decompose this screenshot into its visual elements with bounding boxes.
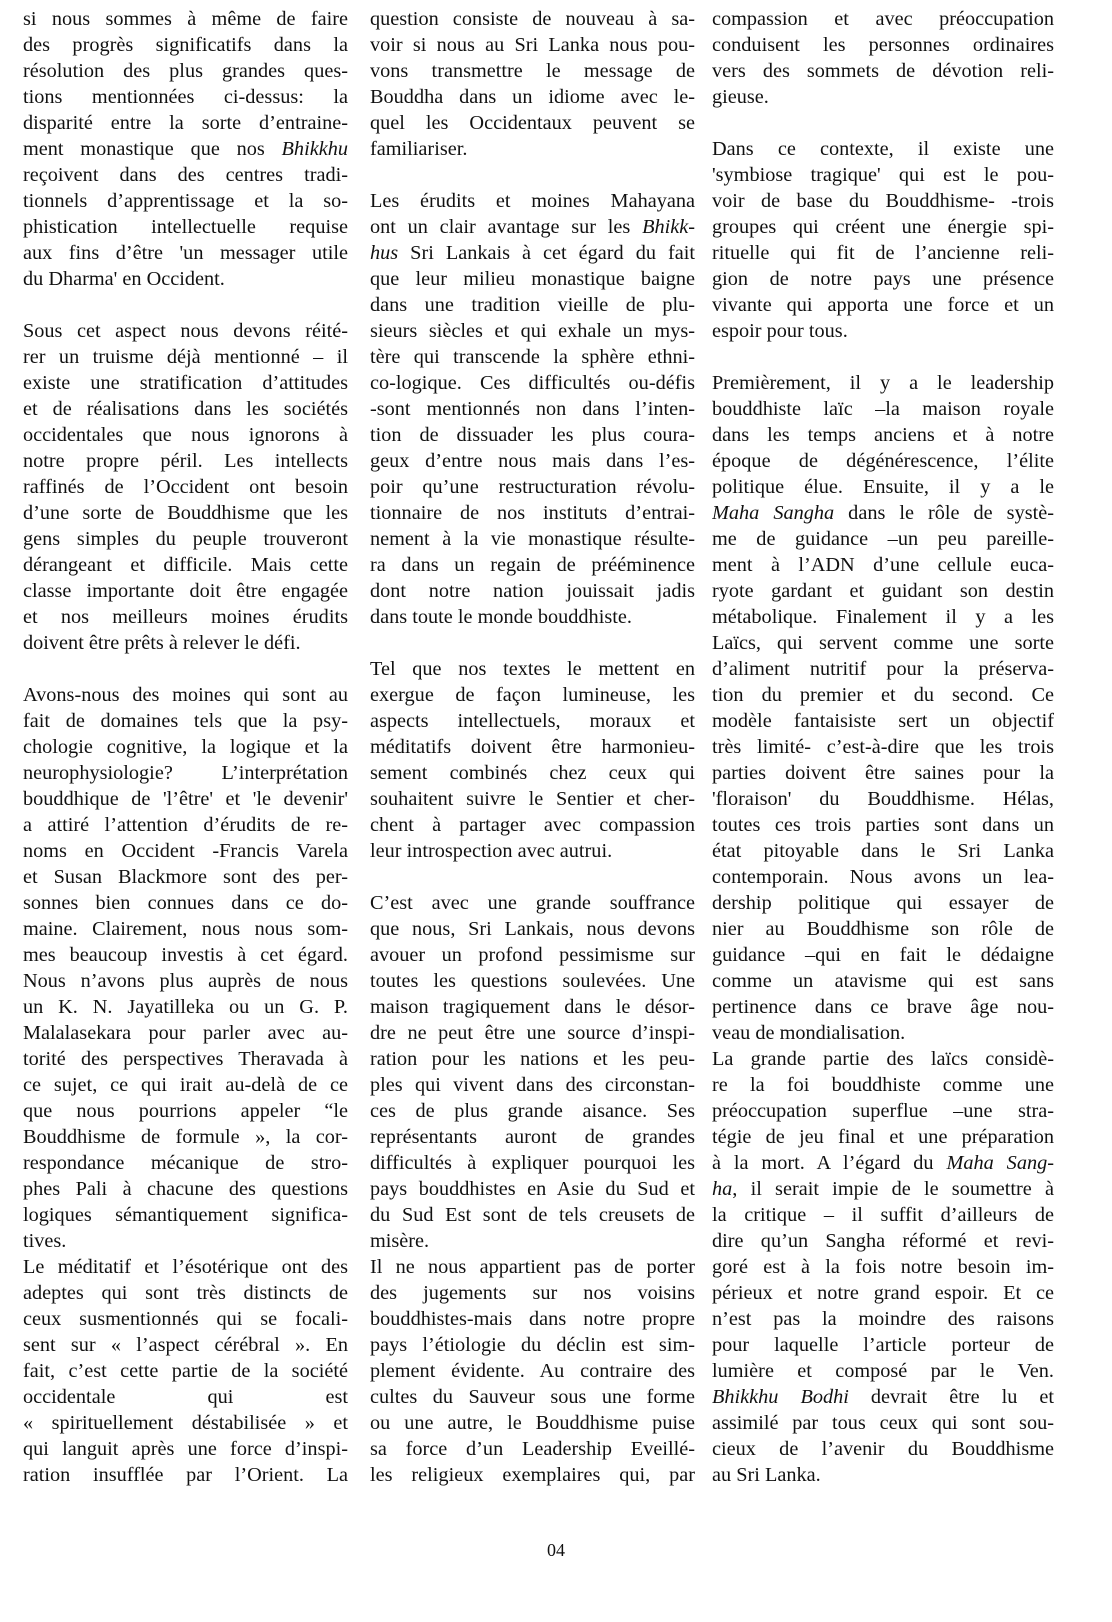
text-run: question consiste de nouveau à sa-: [370, 8, 695, 30]
text-run: aux fins d’être 'un messager utile: [23, 242, 348, 264]
text-run: voir si nous au Sri Lanka nous pou-: [370, 34, 695, 56]
text-run: neurophysiologie? L’interprétation: [23, 762, 348, 784]
text-line: toutes ces trois parties sont dans un: [712, 812, 1054, 838]
text-line: question consiste de nouveau à sa-: [370, 6, 695, 32]
text-line: du Sud Est sont de tels creusets de: [370, 1202, 695, 1228]
text-line: gieuse.: [712, 84, 1054, 110]
text-line: reçoivent dans des centres tradi-: [23, 162, 348, 188]
text-line: sent sur « l’aspect cérébral ». En: [23, 1332, 348, 1358]
text-line: au Sri Lanka.: [712, 1462, 1054, 1488]
text-line: assimilé par tous ceux qui sont sou-: [712, 1410, 1054, 1436]
text-run: ceux susmentionnés qui se focali-: [23, 1308, 348, 1330]
text-line: d’une sorte de Bouddhisme que les: [23, 500, 348, 526]
text-run: dans toute le monde bouddhiste.: [370, 606, 632, 628]
text-line: compassion et avec préoccupation: [712, 6, 1054, 32]
text-line: tionnels d’apprentissage et la so-: [23, 188, 348, 214]
text-line: Malalasekara pour parler avec au-: [23, 1020, 348, 1046]
text-run: noms en Occident -Francis Varela: [23, 840, 348, 862]
text-run: un K. N. Jayatilleka ou un G. P.: [23, 996, 348, 1018]
text-run: 'floraison' du Bouddhisme. Hélas,: [712, 788, 1054, 810]
text-run: du Dharma' en Occident.: [23, 268, 225, 290]
text-line: ont un clair avantage sur les Bhikk-: [370, 214, 695, 240]
text-line: et de réalisations dans les sociétés: [23, 396, 348, 422]
text-run: tionnaire de nos instituts d’entrai-: [370, 502, 695, 524]
text-line: résolution des plus grandes ques-: [23, 58, 348, 84]
text-line: difficultés à expliquer pourquoi les: [370, 1150, 695, 1176]
text-run: périeux et notre grand espoir. Et ce: [712, 1282, 1054, 1304]
text-run: ment à l’ADN d’une cellule euca-: [712, 554, 1054, 576]
paragraph-gap: [370, 630, 695, 656]
page-number: 04: [0, 1540, 1112, 1561]
text-run: quel les Occidentaux peuvent se: [370, 112, 695, 134]
text-run: dérangeant et difficile. Mais cette: [23, 554, 348, 576]
text-run: gion de notre pays une présence: [712, 268, 1054, 290]
text-line: ration insufflée par l’Orient. La: [23, 1462, 348, 1488]
text-line: misère.: [370, 1228, 695, 1254]
text-line: neurophysiologie? L’interprétation: [23, 760, 348, 786]
text-line: vons transmettre le message de: [370, 58, 695, 84]
text-run: Le méditatif et l’ésotérique ont des: [23, 1256, 348, 1278]
text-line: cultes du Sauveur sous une forme: [370, 1384, 695, 1410]
text-line: mes beaucoup investis à cet égard.: [23, 942, 348, 968]
text-column-1: si nous sommes à même de fairedes progrè…: [23, 6, 348, 1488]
text-line: poir qu’une restructuration révolu-: [370, 474, 695, 500]
text-run: espoir pour tous.: [712, 320, 848, 342]
text-run: misère.: [370, 1230, 429, 1252]
text-run: fait, c’est cette partie de la société: [23, 1360, 348, 1382]
text-line: co-logique. Ces difficultés ou-défis: [370, 370, 695, 396]
text-run: souhaitent suivre le Sentier et cher-: [370, 788, 695, 810]
text-line: hus Sri Lankais à cet égard du fait: [370, 240, 695, 266]
text-run: tions mentionnées ci-dessus: la: [23, 86, 348, 108]
text-line: 'symbiose tragique' qui est le pou-: [712, 162, 1054, 188]
text-line: dre ne peut être une source d’inspi-: [370, 1020, 695, 1046]
text-line: raffinés de l’Occident ont besoin: [23, 474, 348, 500]
text-line: tion de dissuader les plus coura-: [370, 422, 695, 448]
text-run: la critique – il suffit d’ailleurs de: [712, 1204, 1054, 1226]
text-run: conduisent les personnes ordinaires: [712, 34, 1054, 56]
text-run: Avons-nous des moines qui sont au: [23, 684, 348, 706]
text-line: cieux de l’avenir du Bouddhisme: [712, 1436, 1054, 1462]
text-line: goré est à la fois notre besoin im-: [712, 1254, 1054, 1280]
text-line: veau de mondialisation.: [712, 1020, 1054, 1046]
text-column-2: question consiste de nouveau à sa-voir s…: [370, 6, 695, 1488]
text-run: tionnels d’apprentissage et la so-: [23, 190, 348, 212]
text-run: nement à la vie monastique résulte-: [370, 528, 695, 550]
paragraph-gap: [712, 110, 1054, 136]
text-line: dans une tradition vieille de plu-: [370, 292, 695, 318]
text-line: classe importante doit être engagée: [23, 578, 348, 604]
text-line: doivent être prêts à relever le défi.: [23, 630, 348, 656]
text-line: chent à partager avec compassion: [370, 812, 695, 838]
text-run: familiariser.: [370, 138, 467, 160]
text-line: métabolique. Finalement il y a les: [712, 604, 1054, 630]
text-line: dérangeant et difficile. Mais cette: [23, 552, 348, 578]
text-line: les religieux exemplaires qui, par: [370, 1462, 695, 1488]
text-line: voir si nous au Sri Lanka nous pou-: [370, 32, 695, 58]
text-run: les religieux exemplaires qui, par: [370, 1464, 695, 1486]
text-line: Maha Sangha dans le rôle de systè-: [712, 500, 1054, 526]
text-run: « spirituellement déstabilisée » et: [23, 1412, 348, 1434]
text-run: tion de dissuader les plus coura-: [370, 424, 695, 446]
text-line: Les érudits et moines Mahayana: [370, 188, 695, 214]
text-line: n’est pas la moindre des raisons: [712, 1306, 1054, 1332]
text-run: dont notre nation jouissait jadis: [370, 580, 695, 602]
text-run: tion du premier et du second. Ce: [712, 684, 1054, 706]
text-run: -sont mentionnés non dans l’inten-: [370, 398, 695, 420]
text-line: tionnaire de nos instituts d’entrai-: [370, 500, 695, 526]
text-run: leur introspection avec autrui.: [370, 840, 612, 862]
text-run: voir de base du Bouddhisme- -trois: [712, 190, 1054, 212]
text-line: état pitoyable dans le Sri Lanka: [712, 838, 1054, 864]
text-run: politique élue. Ensuite, il y a le: [712, 476, 1054, 498]
text-run: pays bouddhistes en Asie du Sud et: [370, 1178, 695, 1200]
text-run: difficultés à expliquer pourquoi les: [370, 1152, 695, 1174]
text-line: sa force d’un Leadership Eveillé-: [370, 1436, 695, 1462]
text-run: dans une tradition vieille de plu-: [370, 294, 695, 316]
text-line: rer un truisme déjà mentionné – il: [23, 344, 348, 370]
text-run: mes beaucoup investis à cet égard.: [23, 944, 348, 966]
text-line: dans les temps anciens et à notre: [712, 422, 1054, 448]
text-line: pays bouddhistes en Asie du Sud et: [370, 1176, 695, 1202]
text-line: très limité- c’est-à-dire que les trois: [712, 734, 1054, 760]
text-run: tives.: [23, 1230, 66, 1252]
text-run: si nous sommes à même de faire: [23, 8, 348, 30]
text-line: pour laquelle l’article porteur de: [712, 1332, 1054, 1358]
text-line: du Dharma' en Occident.: [23, 266, 348, 292]
text-run: logiques sémantiquement significa-: [23, 1204, 348, 1226]
text-line: a attiré l’attention d’érudits de re-: [23, 812, 348, 838]
paragraph-gap: [712, 344, 1054, 370]
text-line: ryote gardant et guidant son destin: [712, 578, 1054, 604]
text-line: ra dans un regain de prééminence: [370, 552, 695, 578]
text-line: Il ne nous appartient pas de porter: [370, 1254, 695, 1280]
text-run: reçoivent dans des centres tradi-: [23, 164, 348, 186]
text-run: maison tragiquement dans le désor-: [370, 996, 695, 1018]
text-run: guidance –qui en fait le dédaigne: [712, 944, 1054, 966]
text-run: pour laquelle l’article porteur de: [712, 1334, 1054, 1356]
text-line: exergue de façon lumineuse, les: [370, 682, 695, 708]
text-run: bouddhiste laïc –la maison royale: [712, 398, 1054, 420]
text-run: très limité- c’est-à-dire que les trois: [712, 736, 1054, 758]
text-line: fait, c’est cette partie de la société: [23, 1358, 348, 1384]
text-line: des progrès significatifs dans la: [23, 32, 348, 58]
text-line: que leur milieu monastique baigne: [370, 266, 695, 292]
text-line: Bhikkhu Bodhi devrait être lu et: [712, 1384, 1054, 1410]
text-line: ment monastique que nos Bhikkhu: [23, 136, 348, 162]
text-run: n’est pas la moindre des raisons: [712, 1308, 1054, 1330]
text-line: nier au Bouddhisme son rôle de: [712, 916, 1054, 942]
text-line: Avons-nous des moines qui sont au: [23, 682, 348, 708]
text-line: vivante qui apporta une force et un: [712, 292, 1054, 318]
text-run: parties doivent être saines pour la: [712, 762, 1054, 784]
text-run: sent sur « l’aspect cérébral ». En: [23, 1334, 348, 1356]
text-line: avouer un profond pessimisme sur: [370, 942, 695, 968]
text-run: dans le rôle de systè-: [834, 502, 1054, 524]
text-line: ce sujet, ce qui irait au-delà de ce: [23, 1072, 348, 1098]
text-run: fait de domaines tels que la psy-: [23, 710, 348, 732]
text-line: ou une autre, le Bouddhisme puise: [370, 1410, 695, 1436]
text-line: un K. N. Jayatilleka ou un G. P.: [23, 994, 348, 1020]
text-run: co-logique. Ces difficultés ou-défis: [370, 372, 695, 394]
text-run: méditatifs doivent être harmonieu-: [370, 736, 695, 758]
text-run: dre ne peut être une source d’inspi-: [370, 1022, 695, 1044]
text-run: résolution des plus grandes ques-: [23, 60, 348, 82]
text-run: des jugements sur nos voisins: [370, 1282, 695, 1304]
text-line: C’est avec une grande souffrance: [370, 890, 695, 916]
text-run: ces de plus grande aisance. Ses: [370, 1100, 695, 1122]
text-run: vers des sommets de dévotion reli-: [712, 60, 1054, 82]
text-column-3: compassion et avec préoccupationconduise…: [712, 6, 1054, 1488]
text-line: périeux et notre grand espoir. Et ce: [712, 1280, 1054, 1306]
text-line: tions mentionnées ci-dessus: la: [23, 84, 348, 110]
text-run: cieux de l’avenir du Bouddhisme: [712, 1438, 1054, 1460]
text-line: si nous sommes à même de faire: [23, 6, 348, 32]
text-run: d’aliment nutritif pour la préserva-: [712, 658, 1054, 680]
text-line: torité des perspectives Theravada à: [23, 1046, 348, 1072]
text-run: sement combinés chez ceux qui: [370, 762, 695, 784]
text-run: raffinés de l’Occident ont besoin: [23, 476, 348, 498]
text-line: modèle fantaisiste sert un objectif: [712, 708, 1054, 734]
text-run: compassion et avec préoccupation: [712, 8, 1054, 30]
text-run: gens simples du peuple trouveront: [23, 528, 348, 550]
text-run: maine. Clairement, nous nous som-: [23, 918, 348, 940]
text-run: notre propre péril. Les intellects: [23, 450, 348, 472]
text-line: ration pour les nations et les peu-: [370, 1046, 695, 1072]
text-run: Bouddha dans un idiome avec le-: [370, 86, 695, 108]
text-run: que nous, Sri Lankais, nous devons: [370, 918, 695, 940]
paragraph-gap: [23, 292, 348, 318]
text-run: Sous cet aspect nous devons réité-: [23, 320, 348, 342]
text-run: veau de mondialisation.: [712, 1022, 905, 1044]
text-run: sa force d’un Leadership Eveillé-: [370, 1438, 695, 1460]
text-run: chent à partager avec compassion: [370, 814, 695, 836]
text-line: parties doivent être saines pour la: [712, 760, 1054, 786]
text-line: notre propre péril. Les intellects: [23, 448, 348, 474]
text-run: bouddhique de 'l’être' et 'le devenir': [23, 788, 348, 810]
text-run: me de guidance –un peu pareille-: [712, 528, 1054, 550]
text-run: métabolique. Finalement il y a les: [712, 606, 1054, 628]
text-line: pertinence dans ce brave âge nou-: [712, 994, 1054, 1020]
text-run: dans les temps anciens et à notre: [712, 424, 1054, 446]
text-run: 'symbiose tragique' qui est le pou-: [712, 164, 1054, 186]
italic-term: Bhikkhu: [282, 138, 348, 160]
text-run: rituelle qui fit de l’ancienne reli-: [712, 242, 1054, 264]
text-line: bouddhique de 'l’être' et 'le devenir': [23, 786, 348, 812]
text-line: rituelle qui fit de l’ancienne reli-: [712, 240, 1054, 266]
text-line: Dans ce contexte, il existe une: [712, 136, 1054, 162]
text-run: geux d’entre nous mais dans l’es-: [370, 450, 695, 472]
text-line: Nous n’avons plus auprès de nous: [23, 968, 348, 994]
text-line: phes Pali à chacune des questions: [23, 1176, 348, 1202]
text-line: gens simples du peuple trouveront: [23, 526, 348, 552]
text-run: disparité entre la sorte d’entraine-: [23, 112, 348, 134]
text-line: bouddhistes-mais dans notre propre: [370, 1306, 695, 1332]
text-run: Malalasekara pour parler avec au-: [23, 1022, 348, 1044]
text-run: cultes du Sauveur sous une forme: [370, 1386, 695, 1408]
text-run: ce sujet, ce qui irait au-delà de ce: [23, 1074, 348, 1096]
text-run: toutes les questions soulevées. Une: [370, 970, 695, 992]
text-run: dership politique qui essayer de: [712, 892, 1054, 914]
text-line: phistication intellectuelle requise: [23, 214, 348, 240]
text-line: lumière et composé par le Ven.: [712, 1358, 1054, 1384]
italic-term: Maha Sangha: [712, 502, 834, 524]
text-line: ment à l’ADN d’une cellule euca-: [712, 552, 1054, 578]
italic-term: Bhikkhu Bodhi: [712, 1386, 849, 1408]
text-line: Tel que nos textes le mettent en: [370, 656, 695, 682]
text-run: doivent être prêts à relever le défi.: [23, 632, 301, 654]
document-page: si nous sommes à même de fairedes progrè…: [0, 0, 1112, 1622]
text-run: qui languit après une force d’inspi-: [23, 1438, 348, 1460]
text-run: que nous pourrions appeler “le: [23, 1100, 348, 1122]
text-line: existe une stratification d’attitudes: [23, 370, 348, 396]
text-line: sement combinés chez ceux qui: [370, 760, 695, 786]
text-run: ment monastique que nos: [23, 138, 282, 160]
text-run: à la mort. A l’égard du: [712, 1152, 946, 1174]
text-line: groupes qui créent une énergie spi-: [712, 214, 1054, 240]
text-run: occidentales que nous ignorons à: [23, 424, 348, 446]
text-line: nement à la vie monastique résulte-: [370, 526, 695, 552]
text-line: pays l’étiologie du déclin est sim-: [370, 1332, 695, 1358]
text-run: d’une sorte de Bouddhisme que les: [23, 502, 348, 524]
text-line: d’aliment nutritif pour la préserva-: [712, 656, 1054, 682]
text-run: groupes qui créent une énergie spi-: [712, 216, 1054, 238]
text-line: préoccupation superflue –une stra-: [712, 1098, 1054, 1124]
text-line: tives.: [23, 1228, 348, 1254]
text-line: sieurs siècles et qui exhale un mys-: [370, 318, 695, 344]
text-run: phistication intellectuelle requise: [23, 216, 348, 238]
text-line: dership politique qui essayer de: [712, 890, 1054, 916]
text-line: contemporain. Nous avons un lea-: [712, 864, 1054, 890]
text-line: occidentale qui est: [23, 1384, 348, 1410]
text-line: et Susan Blackmore sont des per-: [23, 864, 348, 890]
text-line: dire qu’un Sangha réformé et revi-: [712, 1228, 1054, 1254]
text-run: époque de dégénérescence, l’élite: [712, 450, 1054, 472]
italic-term: Maha Sang-: [946, 1152, 1054, 1174]
text-line: Premièrement, il y a le leadership: [712, 370, 1054, 396]
text-run: vivante qui apporta une force et un: [712, 294, 1054, 316]
text-run: ou une autre, le Bouddhisme puise: [370, 1412, 695, 1434]
text-run: Nous n’avons plus auprès de nous: [23, 970, 348, 992]
text-run: existe une stratification d’attitudes: [23, 372, 348, 394]
text-line: Le méditatif et l’ésotérique ont des: [23, 1254, 348, 1280]
text-run: ont un clair avantage sur les: [370, 216, 642, 238]
text-line: espoir pour tous.: [712, 318, 1054, 344]
text-run: préoccupation superflue –une stra-: [712, 1100, 1054, 1122]
text-line: ces de plus grande aisance. Ses: [370, 1098, 695, 1124]
text-run: Laïcs, qui servent comme une sorte: [712, 632, 1054, 654]
text-line: logiques sémantiquement significa-: [23, 1202, 348, 1228]
text-line: et nos meilleurs moines érudits: [23, 604, 348, 630]
text-line: dont notre nation jouissait jadis: [370, 578, 695, 604]
text-line: tégie de jeu final et une préparation: [712, 1124, 1054, 1150]
text-run: gieuse.: [712, 86, 769, 108]
text-run: Tel que nos textes le mettent en: [370, 658, 695, 680]
text-run: contemporain. Nous avons un lea-: [712, 866, 1054, 888]
text-run: pays l’étiologie du déclin est sim-: [370, 1334, 695, 1356]
text-run: ration insufflée par l’Orient. La: [23, 1464, 348, 1486]
text-line: adeptes qui sont très distincts de: [23, 1280, 348, 1306]
text-run: et de réalisations dans les sociétés: [23, 398, 348, 420]
text-line: que nous, Sri Lankais, nous devons: [370, 916, 695, 942]
text-line: chologie cognitive, la logique et la: [23, 734, 348, 760]
text-line: gion de notre pays une présence: [712, 266, 1054, 292]
text-run: dire qu’un Sangha réformé et revi-: [712, 1230, 1054, 1252]
text-line: guidance –qui en fait le dédaigne: [712, 942, 1054, 968]
text-line: leur introspection avec autrui.: [370, 838, 695, 864]
text-run: lumière et composé par le Ven.: [712, 1360, 1054, 1382]
text-run: ra dans un regain de prééminence: [370, 554, 695, 576]
text-run: avouer un profond pessimisme sur: [370, 944, 695, 966]
text-line: politique élue. Ensuite, il y a le: [712, 474, 1054, 500]
text-line: re la foi bouddhiste comme une: [712, 1072, 1054, 1098]
paragraph-gap: [370, 162, 695, 188]
text-line: tion du premier et du second. Ce: [712, 682, 1054, 708]
text-line: noms en Occident -Francis Varela: [23, 838, 348, 864]
text-run: nier au Bouddhisme son rôle de: [712, 918, 1054, 940]
text-run: ples qui vivent dans des circonstan-: [370, 1074, 695, 1096]
text-line: La grande partie des laïcs considè-: [712, 1046, 1054, 1072]
text-run: des progrès significatifs dans la: [23, 34, 348, 56]
text-run: tégie de jeu final et une préparation: [712, 1126, 1054, 1148]
text-line: comme un atavisme qui est sans: [712, 968, 1054, 994]
text-line: tère qui transcende la sphère ethni-: [370, 344, 695, 370]
text-run: phes Pali à chacune des questions: [23, 1178, 348, 1200]
text-line: -sont mentionnés non dans l’inten-: [370, 396, 695, 422]
text-run: Il ne nous appartient pas de porter: [370, 1256, 695, 1278]
text-run: sieurs siècles et qui exhale un mys-: [370, 320, 695, 342]
paragraph-gap: [370, 864, 695, 890]
text-line: ha, il serait impie de le soumettre à: [712, 1176, 1054, 1202]
text-line: Laïcs, qui servent comme une sorte: [712, 630, 1054, 656]
text-line: « spirituellement déstabilisée » et: [23, 1410, 348, 1436]
text-line: bouddhiste laïc –la maison royale: [712, 396, 1054, 422]
text-run: que leur milieu monastique baigne: [370, 268, 695, 290]
text-run: tère qui transcende la sphère ethni-: [370, 346, 695, 368]
text-run: exergue de façon lumineuse, les: [370, 684, 695, 706]
text-run: plement évidente. Au contraire des: [370, 1360, 695, 1382]
text-line: souhaitent suivre le Sentier et cher-: [370, 786, 695, 812]
text-run: adeptes qui sont très distincts de: [23, 1282, 348, 1304]
text-line: époque de dégénérescence, l’élite: [712, 448, 1054, 474]
text-run: du Sud Est sont de tels creusets de: [370, 1204, 695, 1226]
text-line: aspects intellectuels, moraux et: [370, 708, 695, 734]
text-run: bouddhistes-mais dans notre propre: [370, 1308, 695, 1330]
text-run: et nos meilleurs moines érudits: [23, 606, 348, 628]
text-run: ryote gardant et guidant son destin: [712, 580, 1054, 602]
text-run: , il serait impie de le soumettre à: [732, 1178, 1054, 1200]
paragraph-gap: [23, 656, 348, 682]
text-line: maison tragiquement dans le désor-: [370, 994, 695, 1020]
text-run: Premièrement, il y a le leadership: [712, 372, 1054, 394]
text-line: conduisent les personnes ordinaires: [712, 32, 1054, 58]
text-line: méditatifs doivent être harmonieu-: [370, 734, 695, 760]
text-line: geux d’entre nous mais dans l’es-: [370, 448, 695, 474]
text-line: à la mort. A l’égard du Maha Sang-: [712, 1150, 1054, 1176]
text-run: modèle fantaisiste sert un objectif: [712, 710, 1054, 732]
text-line: ples qui vivent dans des circonstan-: [370, 1072, 695, 1098]
text-line: ceux susmentionnés qui se focali-: [23, 1306, 348, 1332]
text-run: représentants auront de grandes: [370, 1126, 695, 1148]
text-run: et Susan Blackmore sont des per-: [23, 866, 348, 888]
text-run: aspects intellectuels, moraux et: [370, 710, 695, 732]
text-line: 'floraison' du Bouddhisme. Hélas,: [712, 786, 1054, 812]
text-run: Sri Lankais à cet égard du fait: [398, 242, 695, 264]
text-line: me de guidance –un peu pareille-: [712, 526, 1054, 552]
text-run: devrait être lu et: [849, 1386, 1054, 1408]
italic-term: hus: [370, 242, 398, 264]
text-run: rer un truisme déjà mentionné – il: [23, 346, 348, 368]
